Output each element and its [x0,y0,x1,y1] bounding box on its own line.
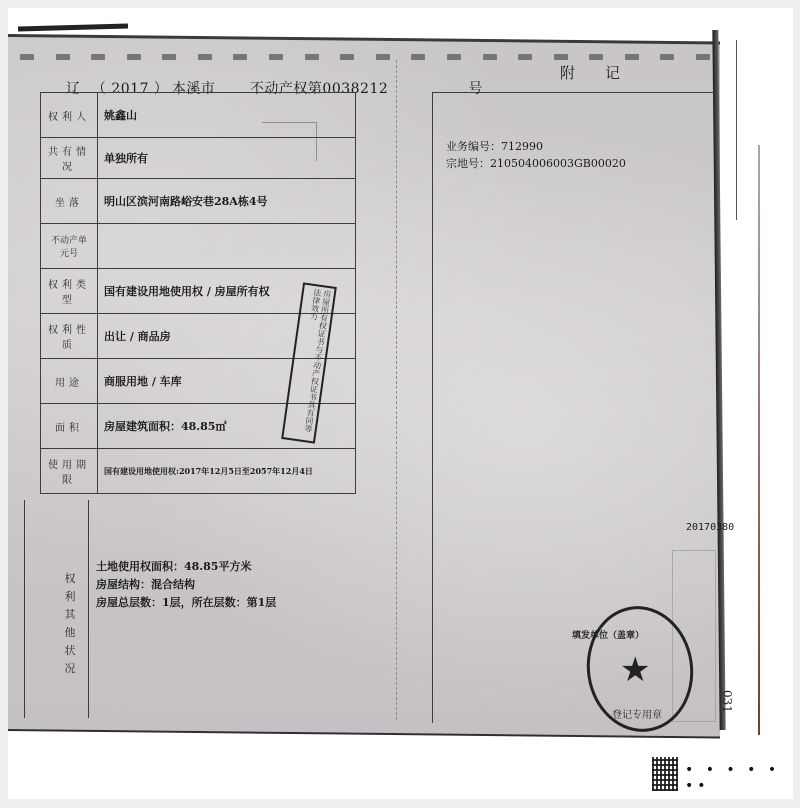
row-label: 用途 [41,359,98,404]
page-edge-line [736,40,737,220]
serial-number: 20170380 [686,522,734,533]
star-icon: ★ [620,650,650,690]
row-label: 权利性质 [41,314,98,359]
business-number-value: 712990 [501,140,543,153]
other-rights-divider [88,500,89,718]
parcel-number-value: 210504006003GB00020 [490,157,626,170]
qr-code-icon[interactable] [652,757,678,791]
row-label: 权利人 [41,93,98,138]
row-value-location: 明山区滨河南路峪安巷28A栋4号 [98,179,356,224]
more-dots: • • • • • •• [685,762,800,794]
faint-stamp-mark [262,122,317,161]
table-row: 不动产单元号 [41,224,356,269]
other-rights-line: 房屋总层数：1层，所在层数：第1层 [96,594,276,612]
business-number: 业务编号：712990 [446,138,626,155]
other-rights-line: 房屋结构：混合结构 [96,576,276,594]
table-row: 坐落明山区滨河南路峪安巷28A栋4号 [41,179,356,224]
parcel-number-label: 宗地号： [446,157,490,170]
annex-lines: 业务编号：712990 宗地号：210504006003GB00020 [446,138,626,172]
row-label: 共有情况 [41,138,98,179]
other-rights-label: 权利其他状况 [62,570,78,678]
fold-line [396,60,398,720]
row-label: 使用期限 [41,449,98,494]
other-rights-line: 土地使用权面积：48.85平方米 [96,558,276,576]
table-row: 使用期限国有建设用地使用权:2017年12月5日至2057年12月4日 [41,449,356,494]
page-edge-line [758,145,760,735]
row-label: 面积 [41,404,98,449]
row-value-term: 国有建设用地使用权:2017年12月5日至2057年12月4日 [98,449,356,494]
annex-title: 附记 [560,62,650,83]
page-number: 031 [720,690,734,713]
row-label: 不动产单元号 [41,224,98,269]
other-rights-lines: 土地使用权面积：48.85平方米 房屋结构：混合结构 房屋总层数：1层，所在层数… [96,558,276,612]
row-label: 坐落 [41,179,98,224]
issuer-label: 填发单位（盖章） [572,628,644,641]
row-value-unit-number [98,224,356,269]
row-label: 权利类型 [41,269,98,314]
business-number-label: 业务编号： [446,140,501,153]
parcel-number: 宗地号：210504006003GB00020 [446,155,626,172]
seal-text: 登记专用章 [612,706,662,721]
